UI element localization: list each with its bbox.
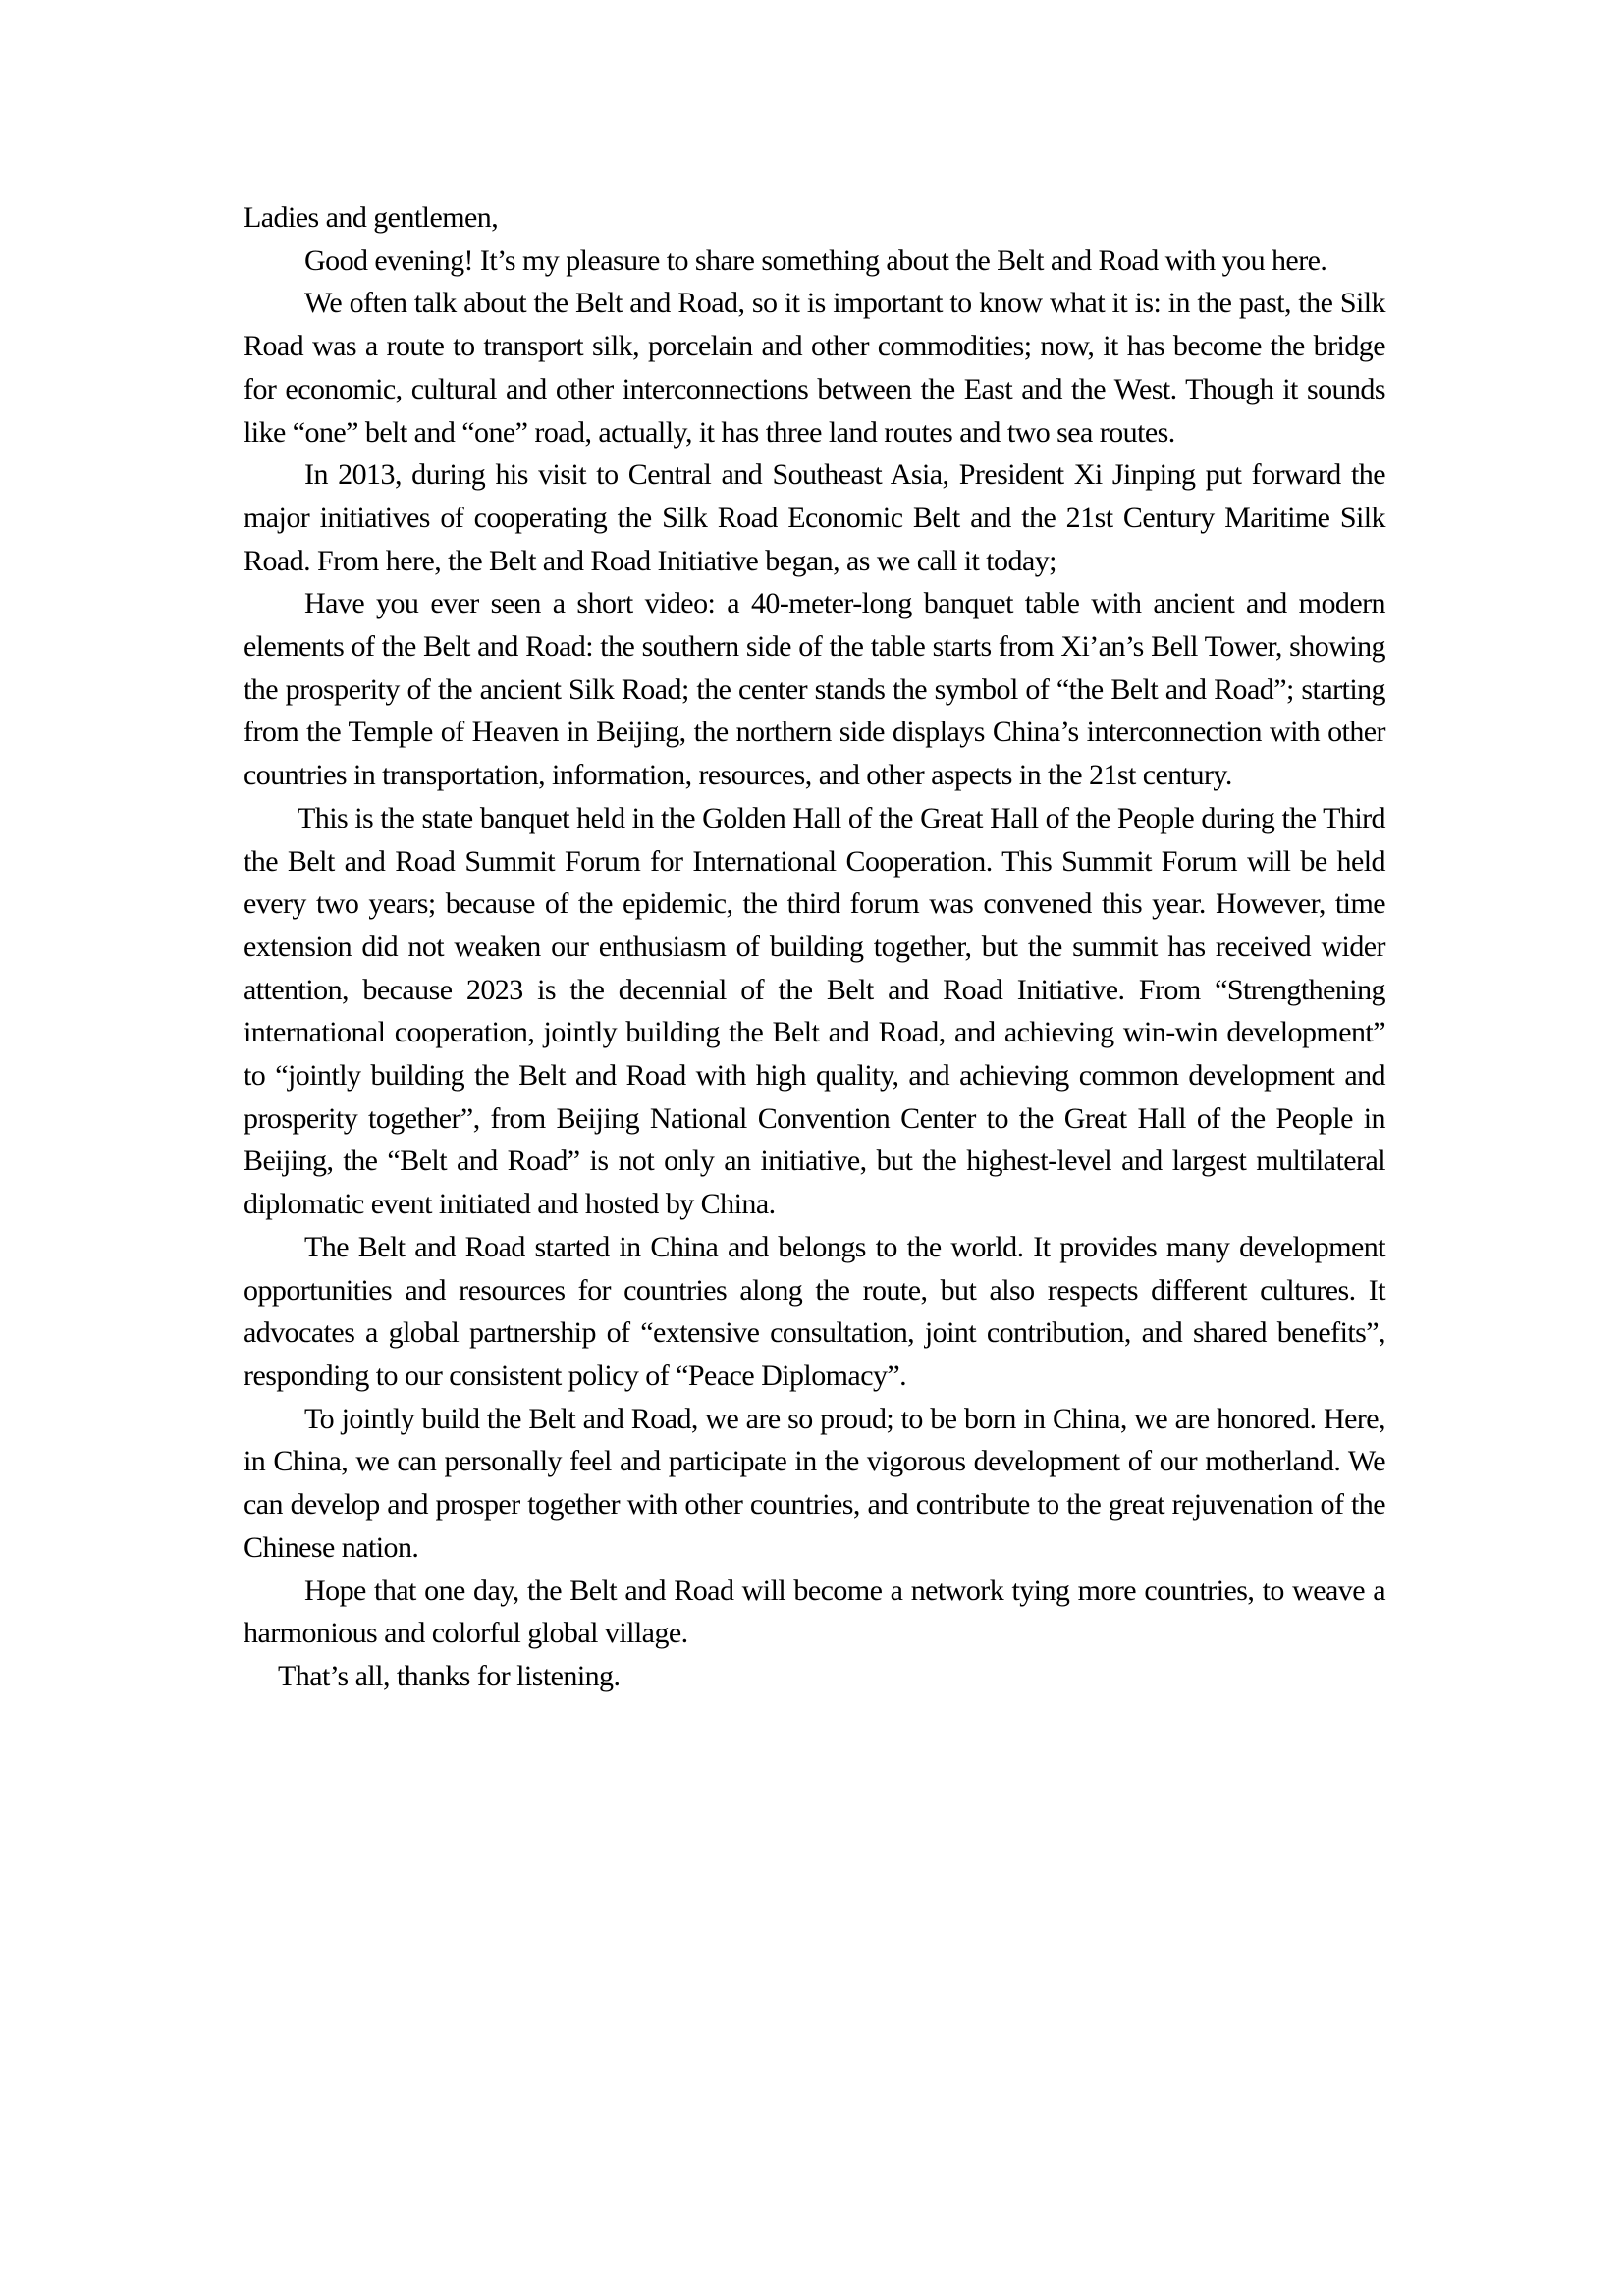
closing: That’s all, thanks for listening. xyxy=(244,1655,1385,1698)
paragraph-belongs-to-world: The Belt and Road started in China and b… xyxy=(244,1226,1385,1398)
paragraph-proud-honored: To jointly build the Belt and Road, we a… xyxy=(244,1398,1385,1570)
paragraph-what-is-belt-and-road: We often talk about the Belt and Road, s… xyxy=(244,282,1385,454)
paragraph-greeting: Good evening! It’s my pleasure to share … xyxy=(244,240,1385,283)
paragraph-banquet-video: Have you ever seen a short video: a 40-m… xyxy=(244,582,1385,797)
paragraph-2013-initiative: In 2013, during his visit to Central and… xyxy=(244,454,1385,582)
speech-document: Ladies and gentlemen, Good evening! It’s… xyxy=(244,196,1385,1698)
salutation: Ladies and gentlemen, xyxy=(244,196,1385,240)
paragraph-summit-forum: This is the state banquet held in the Go… xyxy=(244,797,1385,1226)
paragraph-hope: Hope that one day, the Belt and Road wil… xyxy=(244,1570,1385,1655)
